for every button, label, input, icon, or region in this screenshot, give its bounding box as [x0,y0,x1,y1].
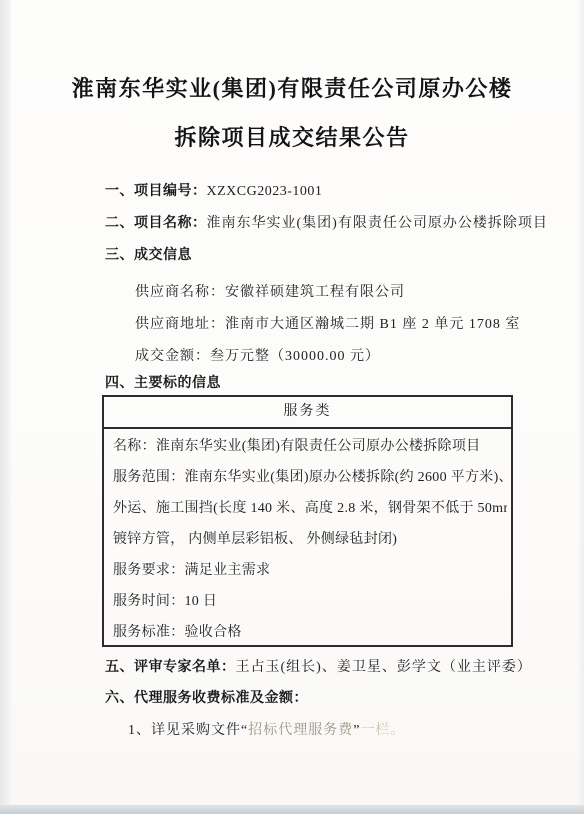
deal-info-label: 三、成交信息 [105,246,192,262]
table-line-name: 名称：淮南东华实业(集团)有限责任公司原办公楼拆除项目 [113,431,507,462]
deal-amount-value: 叁万元整（30000.00 元） [210,349,380,364]
agency-fee-item-faded-text: 招标代理服务费 [248,723,353,738]
table-header-service-type: 服务类 [104,397,511,429]
table-line-duration: 服务时间：10 日 [113,586,507,617]
section-deal-info: 三、成交信息 [105,244,192,264]
deal-amount-label: 成交金额： [135,349,210,364]
agency-fee-item-row: 1、详见采购文件“招标代理服务费”一栏。 [128,719,405,739]
experts-label: 五、评审专家名单： [105,658,236,674]
project-number-label: 一、项目编号： [105,182,207,198]
table-line-requirement: 服务要求：满足业主需求 [113,555,507,586]
table-line-scope-2: 外运、施工围挡(长度 140 米、高度 2.8 米，钢骨架不低于 50mm*50… [113,493,507,524]
scan-bottom-shadow [0,805,584,814]
agency-fee-item-prefix: 1、详见采购文件“ [128,723,248,738]
section-experts: 五、评审专家名单：王占玉(组长)、姜卫星、彭学文（业主评委） [105,656,532,676]
supplier-address-row: 供应商地址：淮南市大通区瀚城二期 B1 座 2 单元 1708 室 [135,313,520,333]
document-title-line2: 拆除项目成交结果公告 [0,121,584,152]
project-number-value: XZXCG2023-1001 [207,184,323,199]
table-line-scope-3: 镀锌方管， 内侧单层彩铝板、 外侧绿毡封闭) [113,524,507,555]
project-name-value: 淮南东华实业(集团)有限责任公司原办公楼拆除项目 [207,216,548,231]
table-body: 名称：淮南东华实业(集团)有限责任公司原办公楼拆除项目 服务范围：淮南东华实业(… [104,429,511,648]
agency-fee-label: 六、代理服务收费标准及金额： [105,689,308,705]
experts-value: 王占玉(组长)、姜卫星、彭学文（业主评委） [236,660,532,675]
section-project-name: 二、项目名称：淮南东华实业(集团)有限责任公司原办公楼拆除项目 [105,212,548,232]
supplier-name-label: 供应商名称： [135,285,225,300]
section-project-number: 一、项目编号：XZXCG2023-1001 [105,180,322,200]
project-name-label: 二、项目名称： [105,214,207,230]
agency-fee-item-tail: 一栏。 [360,723,405,738]
table-line-standard: 服务标准：验收合格 [113,617,507,648]
supplier-name-row: 供应商名称：安徽祥硕建筑工程有限公司 [135,281,405,301]
supplier-address-label: 供应商地址： [135,317,225,332]
section-subject-info: 四、主要标的信息 [105,372,221,392]
deal-amount-row: 成交金额：叁万元整（30000.00 元） [135,345,380,365]
announcement-document-page: 淮南东华实业(集团)有限责任公司原办公楼 拆除项目成交结果公告 一、项目编号：X… [0,0,584,814]
table-line-scope-1: 服务范围：淮南东华实业(集团)原办公楼拆除(约 2600 平方米)、垃圾 [113,462,507,493]
subject-info-label: 四、主要标的信息 [105,374,221,390]
document-title-line1: 淮南东华实业(集团)有限责任公司原办公楼 [0,72,584,103]
supplier-name-value: 安徽祥硕建筑工程有限公司 [225,285,405,300]
subject-info-table: 服务类 名称：淮南东华实业(集团)有限责任公司原办公楼拆除项目 服务范围：淮南东… [102,395,513,647]
supplier-address-value: 淮南市大通区瀚城二期 B1 座 2 单元 1708 室 [225,317,520,332]
section-agency-fee: 六、代理服务收费标准及金额： [105,687,308,707]
